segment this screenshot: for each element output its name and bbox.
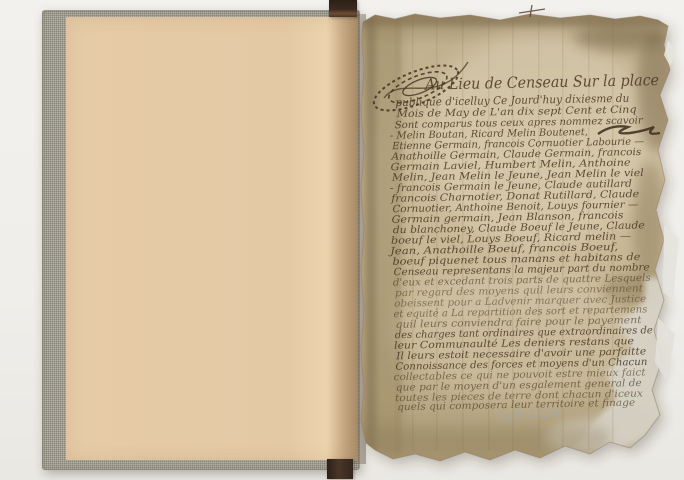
- handwriting-block: Au Lieu de Censeau Sur la place publique…: [384, 71, 665, 413]
- manuscript-page: Au Lieu de Censeau Sur la place publique…: [0, 0, 684, 480]
- book-scan: Au Lieu de Censeau Sur la place publique…: [0, 0, 684, 480]
